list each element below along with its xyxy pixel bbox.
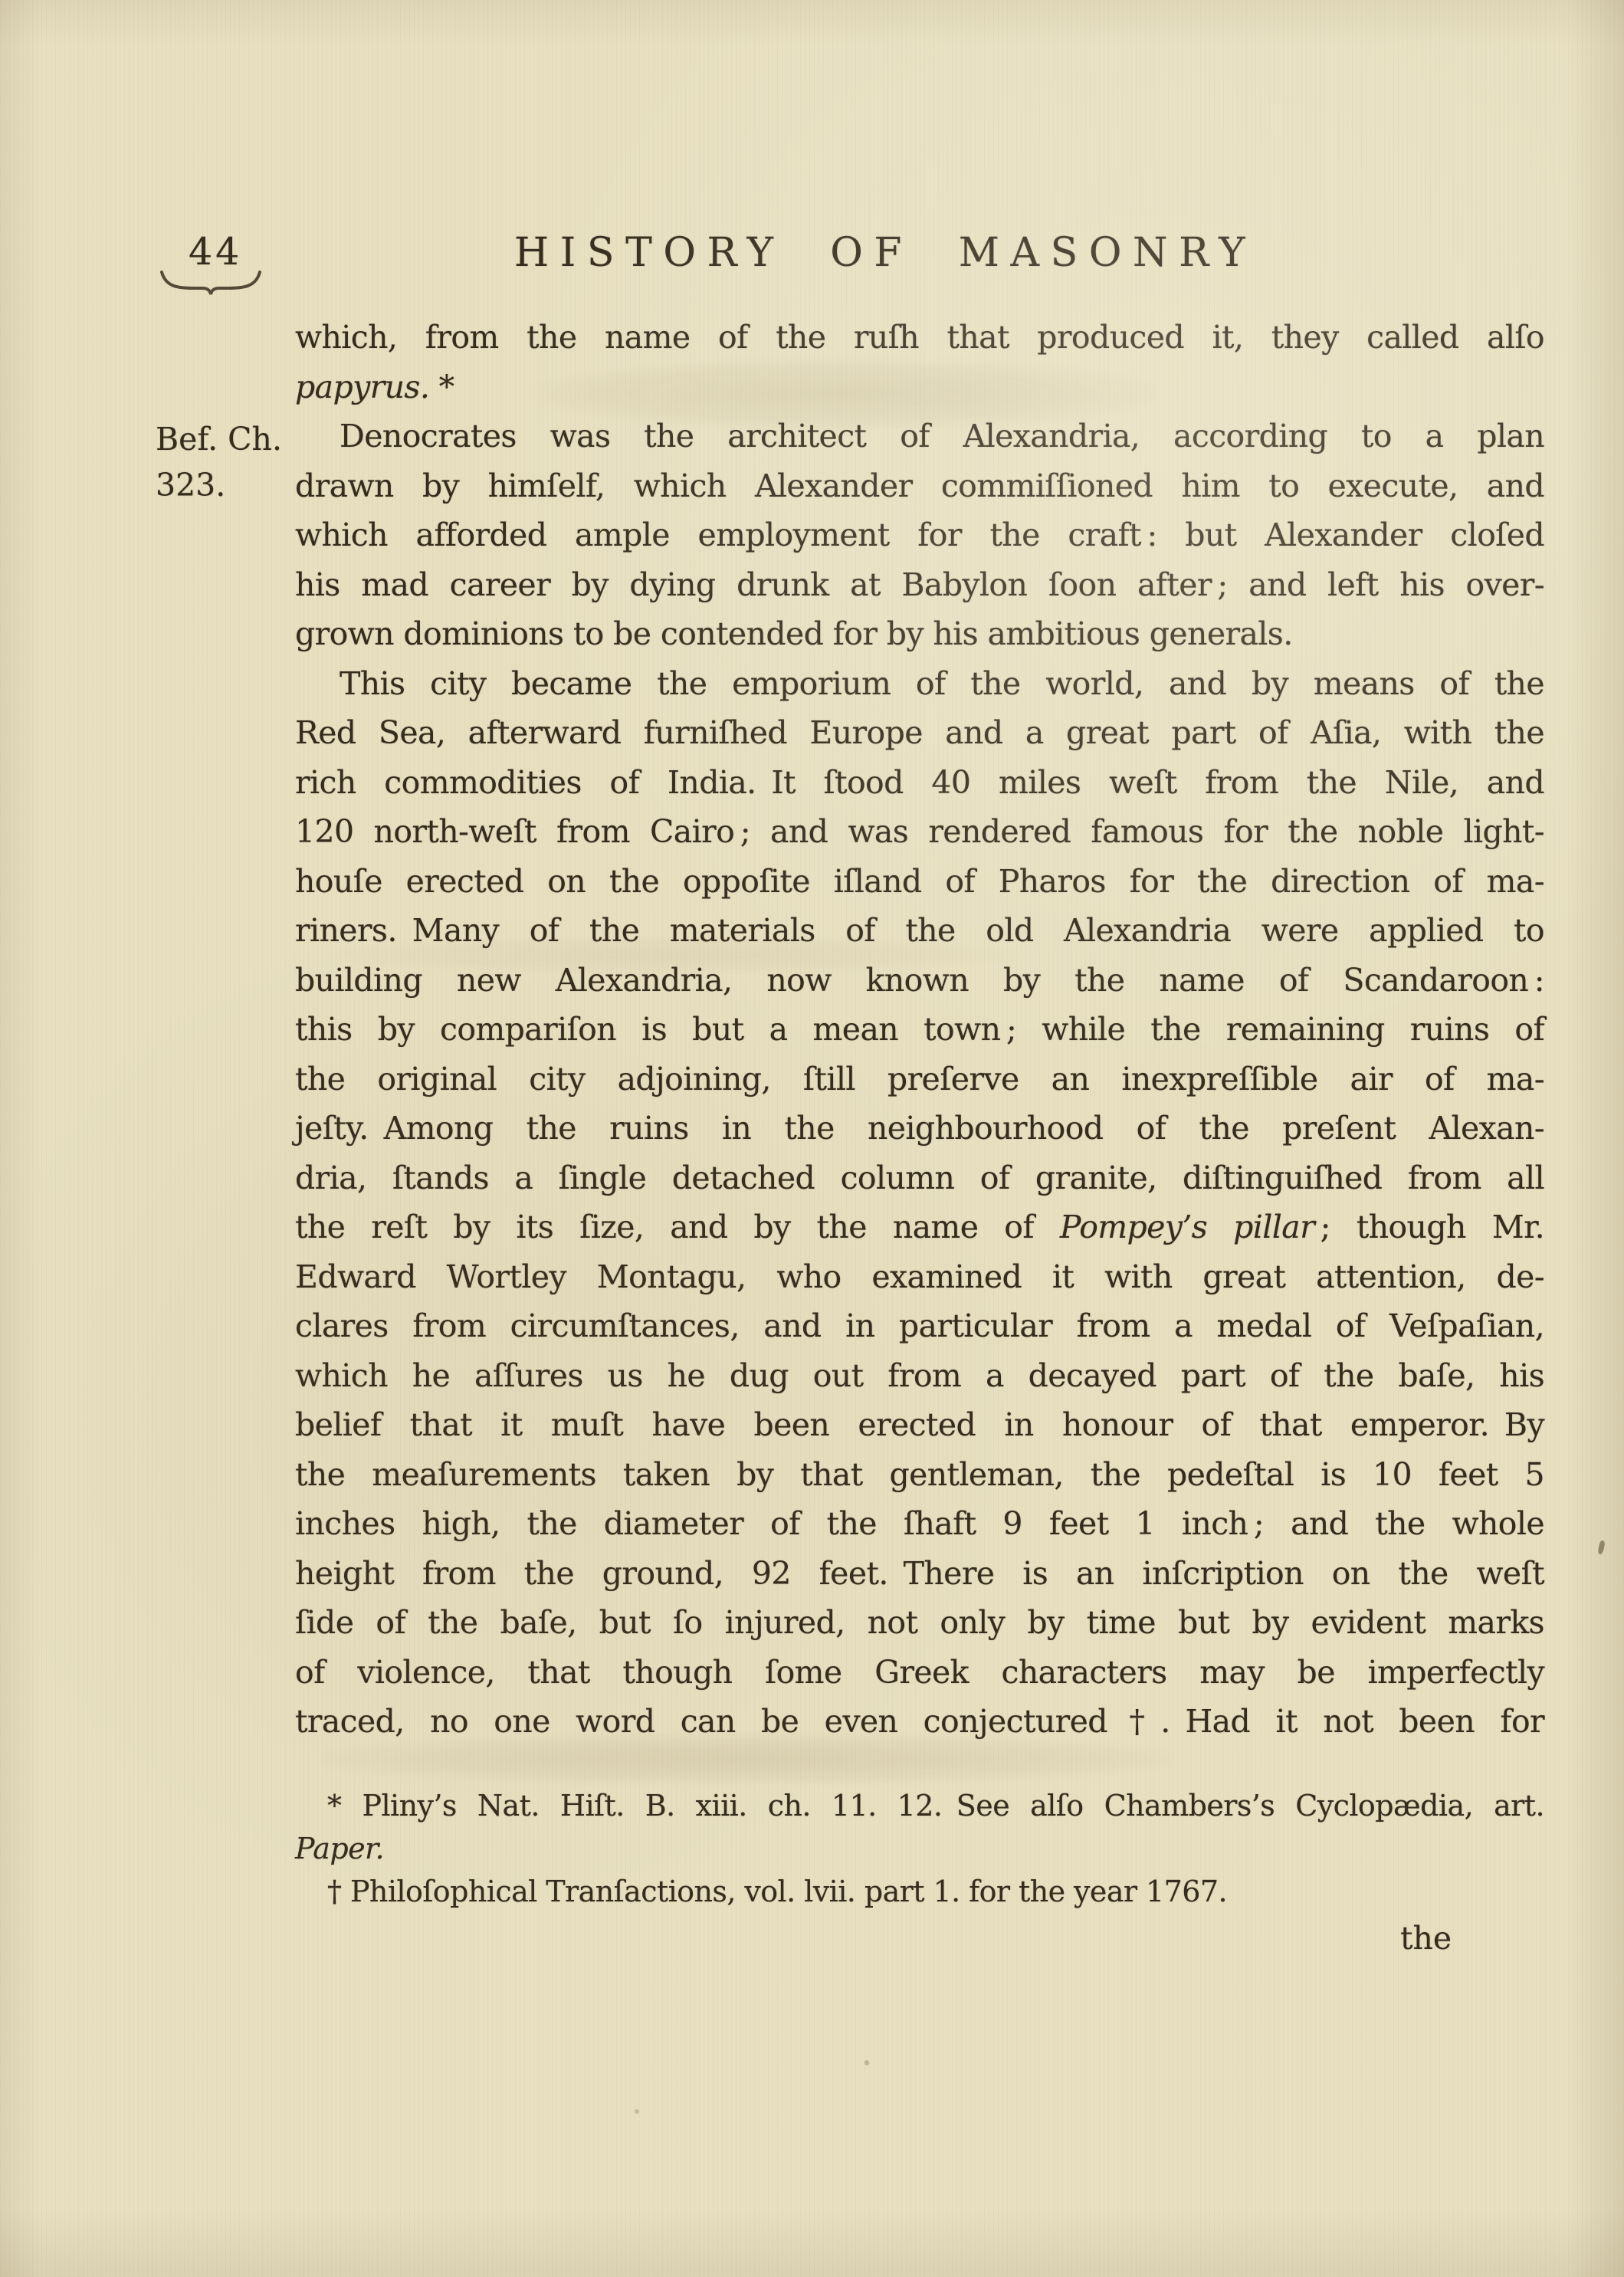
text-line: * Pliny’s Nat. Hiſt. B. xiii. ch. 11. 12…	[295, 1784, 1544, 1827]
text-segment: ſide of the baſe, but ſo injured, not on…	[295, 1604, 1544, 1641]
text-segment: inches high, the diameter of the ſhaft 9…	[295, 1505, 1544, 1542]
text-segment: Denocrates was the architect of Alexandr…	[340, 418, 1544, 454]
text-line: the reſt by its ſize, and by the name of…	[295, 1202, 1544, 1252]
paragraph: which, from the name of the ruſh that pr…	[295, 313, 1544, 412]
text-segment: drawn by himſelf, which Alexander commiſ…	[295, 468, 1544, 504]
text-segment: *	[429, 369, 454, 405]
text-segment: dria, ſtands a ſingle detached column of…	[295, 1160, 1544, 1196]
text-segment: grown dominions to be contended for by h…	[295, 615, 1293, 652]
text-line: riners. Many of the materials of the old…	[295, 906, 1544, 956]
margin-note-line: 323.	[156, 462, 286, 508]
catchword: the	[1400, 1920, 1452, 1957]
text-line: clares from circumſtances, and in partic…	[295, 1301, 1544, 1351]
text-segment: traced, no one word can be even conjectu…	[295, 1703, 1544, 1740]
text-segment: height from the ground, 92 feet. There i…	[295, 1555, 1544, 1592]
text-segment: jeſty. Among the ruins in the neighbourh…	[295, 1110, 1544, 1147]
text-line: which afforded ample employment for the …	[295, 510, 1544, 560]
italic-text-segment: Paper.	[295, 1832, 384, 1865]
book-page-scan: 44 HISTORY OF MASONRY Bef. Ch. 323. whic…	[0, 0, 1624, 2277]
text-line: jeſty. Among the ruins in the neighbourh…	[295, 1104, 1544, 1153]
text-line: 120 north-weſt from Cairo ; and was rend…	[295, 807, 1544, 857]
paragraph: Denocrates was the architect of Alexandr…	[295, 412, 1544, 659]
italic-text-segment: Pompey’s pillar	[1060, 1209, 1314, 1245]
paper-speck	[864, 2060, 869, 2065]
text-line: † Philoſophical Tranſactions, vol. lvii.…	[295, 1870, 1544, 1913]
margin-note-line: Bef. Ch.	[156, 416, 286, 462]
text-segment: building new Alexandria, now known by th…	[295, 962, 1544, 999]
text-segment: his mad career by dying drunk at Babylon…	[295, 566, 1544, 603]
text-line: papyrus. *	[295, 363, 1544, 412]
text-segment: which, from the name of the ruſh that pr…	[295, 319, 1544, 356]
running-header: HISTORY OF MASONRY	[261, 230, 1510, 276]
text-line: Edward Wortley Montagu, who examined it …	[295, 1252, 1544, 1302]
text-line: dria, ſtands a ſingle detached column of…	[295, 1153, 1544, 1203]
text-line: traced, no one word can be even conjectu…	[295, 1697, 1544, 1747]
paper-speck	[635, 2109, 639, 2114]
text-line: inches high, the diameter of the ſhaft 9…	[295, 1499, 1544, 1549]
page-number: 44	[189, 230, 242, 274]
text-line: grown dominions to be contended for by h…	[295, 609, 1544, 659]
underbrace-ornament	[159, 270, 262, 296]
text-segment: rich commodities of India. It ſtood 40 m…	[295, 764, 1544, 801]
text-segment: ; though Mr.	[1314, 1209, 1544, 1245]
text-segment: of violence, that though ſome Greek char…	[295, 1654, 1544, 1691]
text-segment: clares from circumſtances, and in partic…	[295, 1307, 1544, 1344]
text-segment: which afforded ample employment for the …	[295, 517, 1544, 553]
text-segment: the original city adjoining, ſtill preſe…	[295, 1061, 1544, 1097]
text-segment: houſe erected on the oppoſite iſland of …	[295, 863, 1544, 900]
text-segment: the reſt by its ſize, and by the name of	[295, 1209, 1060, 1245]
text-line: the original city adjoining, ſtill preſe…	[295, 1055, 1544, 1104]
text-line: Denocrates was the architect of Alexandr…	[295, 412, 1544, 461]
body-text: which, from the name of the ruſh that pr…	[295, 313, 1544, 1747]
text-segment: which he aſſures us he dug out from a de…	[295, 1357, 1544, 1394]
paragraph: This city became the emporium of the wor…	[295, 659, 1544, 1747]
text-line: building new Alexandria, now known by th…	[295, 956, 1544, 1006]
text-segment: Red Sea, afterward furniſhed Europe and …	[295, 714, 1544, 751]
text-segment: † Philoſophical Tranſactions, vol. lvii.…	[327, 1875, 1227, 1908]
text-segment: This city became the emporium of the wor…	[340, 665, 1544, 702]
text-segment: riners. Many of the materials of the old…	[295, 912, 1544, 949]
text-line: houſe erected on the oppoſite iſland of …	[295, 857, 1544, 907]
text-line: the meaſurements taken by that gentleman…	[295, 1450, 1544, 1500]
text-line: rich commodities of India. It ſtood 40 m…	[295, 758, 1544, 808]
footnotes: * Pliny’s Nat. Hiſt. B. xiii. ch. 11. 12…	[295, 1784, 1544, 1913]
text-segment: this by compariſon is but a mean town ; …	[295, 1011, 1544, 1048]
text-line: of violence, that though ſome Greek char…	[295, 1648, 1544, 1698]
text-line: This city became the emporium of the wor…	[295, 659, 1544, 709]
text-segment: * Pliny’s Nat. Hiſt. B. xiii. ch. 11. 12…	[327, 1789, 1544, 1823]
text-segment: the meaſurements taken by that gentleman…	[295, 1456, 1544, 1493]
text-segment: Edward Wortley Montagu, who examined it …	[295, 1258, 1544, 1295]
text-line: ſide of the baſe, but ſo injured, not on…	[295, 1598, 1544, 1648]
text-segment: 120 north-weſt from Cairo ; and was rend…	[295, 813, 1544, 850]
text-line: which he aſſures us he dug out from a de…	[295, 1351, 1544, 1401]
margin-note: Bef. Ch. 323.	[156, 416, 286, 508]
text-line: Paper.	[295, 1827, 1544, 1870]
text-line: this by compariſon is but a mean town ; …	[295, 1005, 1544, 1055]
text-line: which, from the name of the ruſh that pr…	[295, 313, 1544, 363]
italic-text-segment: papyrus.	[295, 369, 429, 405]
text-line: belief that it muſt have been erected in…	[295, 1400, 1544, 1450]
text-line: Red Sea, afterward furniſhed Europe and …	[295, 708, 1544, 758]
text-segment: belief that it muſt have been erected in…	[295, 1406, 1544, 1443]
text-line: his mad career by dying drunk at Babylon…	[295, 560, 1544, 610]
paper-speck	[1597, 1540, 1606, 1554]
text-line: drawn by himſelf, which Alexander commiſ…	[295, 461, 1544, 511]
text-line: height from the ground, 92 feet. There i…	[295, 1549, 1544, 1599]
